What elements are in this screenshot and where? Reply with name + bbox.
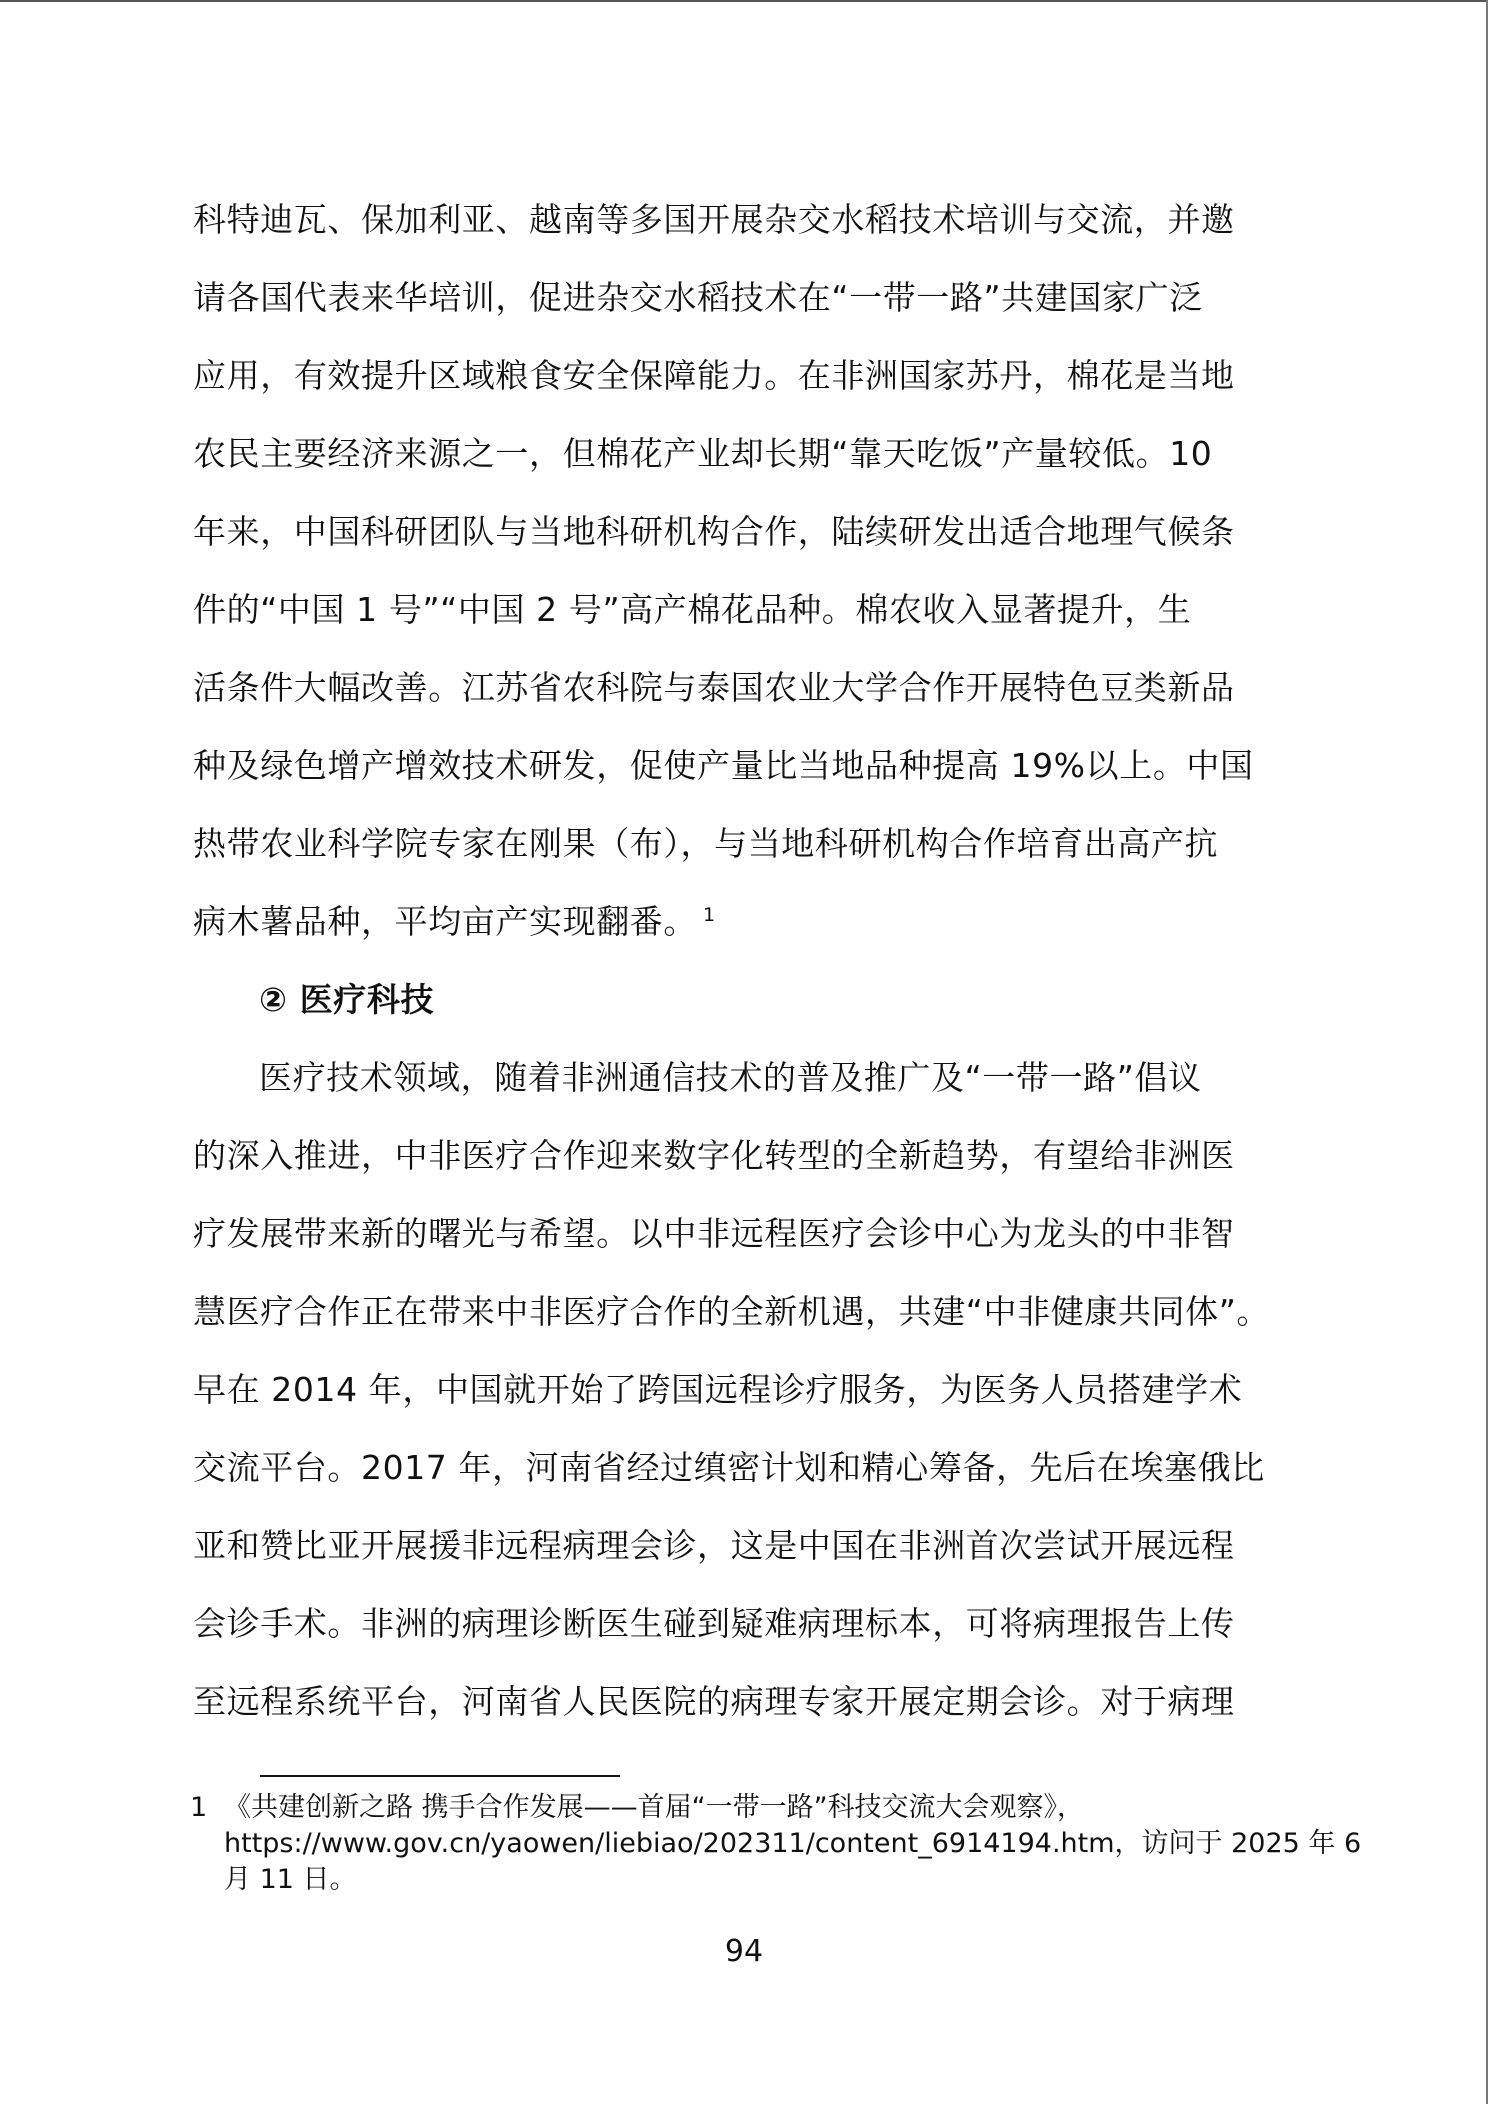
footnote-number: 1	[190, 1790, 207, 1826]
footnote-line: 月 11 日。	[224, 1862, 357, 1898]
paragraph-line: 请各国代表来华培训，促进杂交水稻技术在“一带一路”共建国家广泛	[193, 278, 1203, 318]
paragraph-line: 病木薯品种，平均亩产实现翻番。1	[193, 902, 716, 942]
paragraph-line: 的深入推进，中非医疗合作迎来数字化转型的全新趋势，有望给非洲医	[193, 1136, 1235, 1176]
paragraph-line: 至远程系统平台，河南省人民医院的病理专家开展定期会诊。对于病理	[193, 1682, 1235, 1722]
page-top-border	[0, 0, 1488, 2]
paragraph-line: 应用，有效提升区域粮食安全保障能力。在非洲国家苏丹，棉花是当地	[193, 356, 1235, 396]
paragraph-line: 早在 2014 年，中国就开始了跨国远程诊疗服务，为医务人员搭建学术	[193, 1370, 1242, 1410]
section-marker: ②	[259, 980, 288, 1019]
paragraph-line: 年来，中国科研团队与当地科研机构合作，陆续研发出适合地理气候条	[193, 512, 1235, 552]
section-title: 医疗科技	[300, 980, 434, 1019]
paragraph-line: 亚和赞比亚开展援非远程病理会诊，这是中国在非洲首次尝试开展远程	[193, 1526, 1235, 1566]
paragraph-line: 交流平台。2017 年，河南省经过缜密计划和精心筹备，先后在埃塞俄比	[193, 1448, 1265, 1488]
paragraph-line: 件的“中国 1 号”“中国 2 号”高产棉花品种。棉农收入显著提升，生	[193, 590, 1191, 630]
paragraph-line: 会诊手术。非洲的病理诊断医生碰到疑难病理标本，可将病理报告上传	[193, 1604, 1235, 1644]
paragraph-line: 活条件大幅改善。江苏省农科院与泰国农业大学合作开展特色豆类新品	[193, 668, 1235, 708]
footnote-separator	[260, 1775, 620, 1777]
section-heading: ② 医疗科技	[259, 980, 434, 1020]
paragraph-line: 种及绿色增产增效技术研发，促使产量比当地品种提高 19%以上。中国	[193, 746, 1254, 786]
paragraph-line-text: 病木薯品种，平均亩产实现翻番。	[193, 902, 697, 941]
paragraph-line: 慧医疗合作正在带来中非医疗合作的全新机遇，共建“中非健康共同体”。	[193, 1292, 1270, 1332]
paragraph-line: 农民主要经济来源之一，但棉花产业却长期“靠天吃饭”产量较低。10	[193, 434, 1212, 474]
paragraph-line: 医疗技术领域，随着非洲通信技术的普及推广及“一带一路”倡议	[259, 1058, 1202, 1098]
paragraph-line: 科特迪瓦、保加利亚、越南等多国开展杂交水稻技术培训与交流，并邀	[193, 200, 1235, 240]
footnote-url-line[interactable]: https://www.gov.cn/yaowen/liebiao/202311…	[224, 1826, 1361, 1862]
paragraph-line: 疗发展带来新的曙光与希望。以中非远程医疗会诊中心为龙头的中非智	[193, 1214, 1235, 1254]
paragraph-line: 热带农业科学院专家在刚果（布），与当地科研机构合作培育出高产抗	[193, 824, 1218, 864]
page-number: 94	[0, 1934, 1488, 1969]
footnote-line: 《共建创新之路 携手合作发展——首届“一带一路”科技交流大会观察》，	[224, 1790, 1084, 1826]
footnote-reference[interactable]: 1	[703, 904, 716, 926]
